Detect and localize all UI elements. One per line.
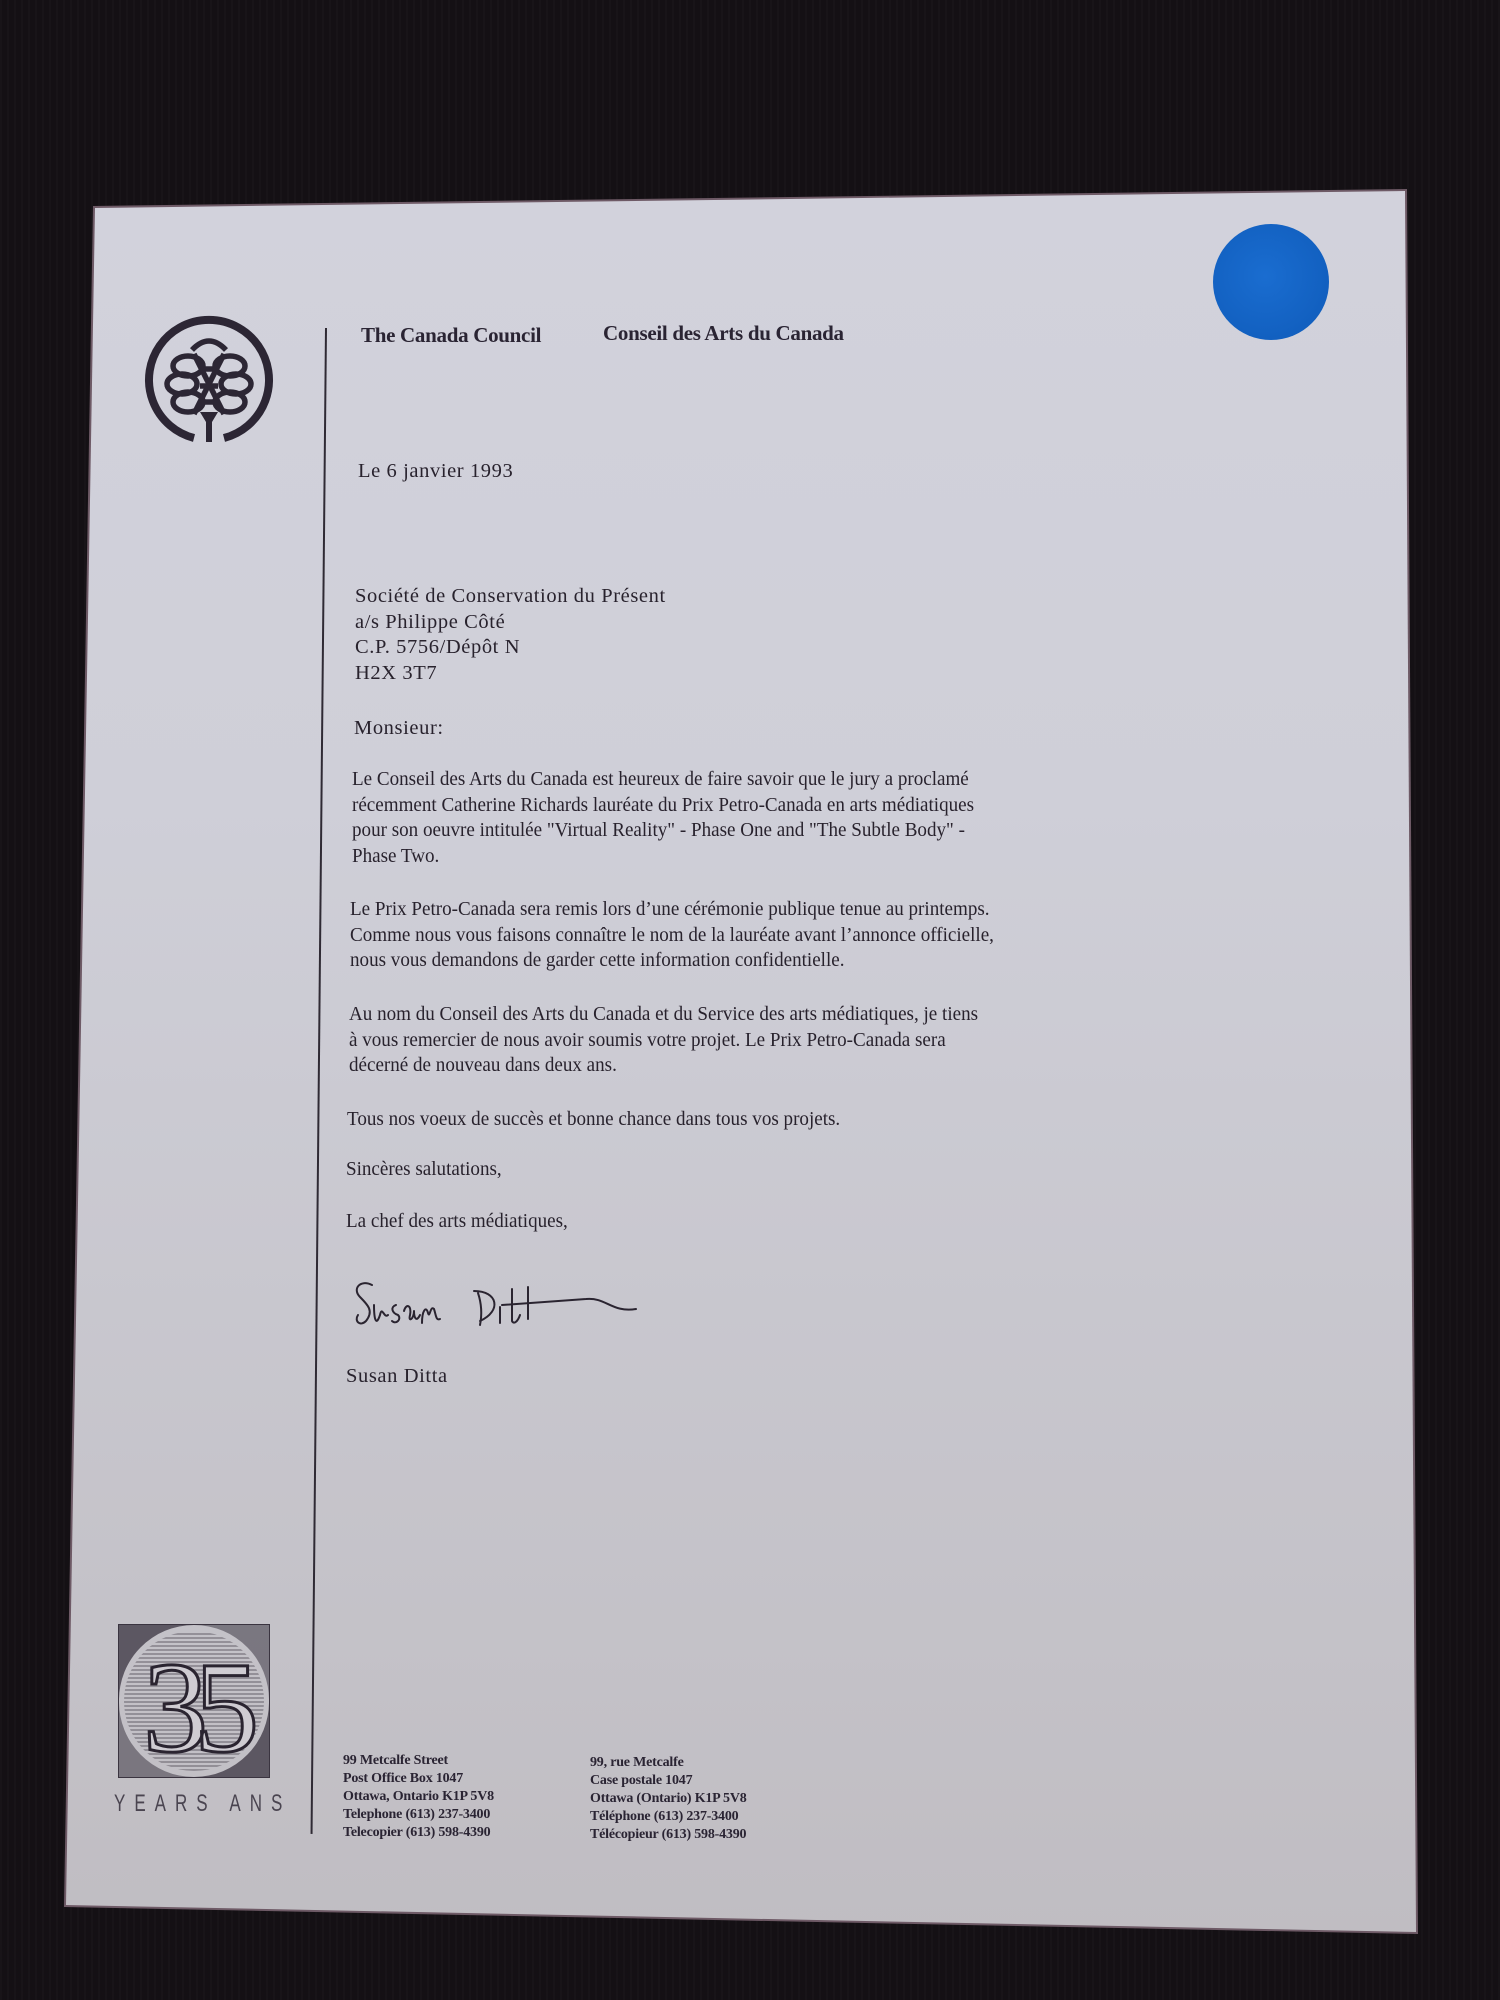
closing: Sincères salutations,	[346, 1157, 502, 1183]
paragraph-line: Phase Two.	[352, 844, 974, 870]
footer-line: Telecopier (613) 598-4390	[343, 1824, 494, 1842]
recipient-line: Société de Conservation du Présent	[355, 584, 666, 610]
footer-line: Télécopieur (613) 598-4390	[590, 1826, 747, 1844]
paragraph-line: Au nom du Conseil des Arts du Canada et …	[349, 1002, 978, 1028]
footer-line: Post Office Box 1047	[343, 1770, 494, 1788]
recipient-address: Société de Conservation du Présent a/s P…	[355, 584, 666, 686]
recipient-line: C.P. 5756/Dépôt N	[355, 635, 666, 661]
blue-dot-sticker-icon	[1213, 224, 1329, 340]
paragraph-line: pour son oeuvre intitulée "Virtual Reali…	[352, 818, 974, 844]
anniversary-caption: YEARS ANS	[114, 1790, 291, 1818]
salutation: Monsieur:	[354, 716, 444, 742]
recipient-line: a/s Philippe Côté	[355, 610, 666, 636]
paragraph-line: Le Conseil des Arts du Canada est heureu…	[352, 767, 974, 793]
letterhead-org-fr: Conseil des Arts du Canada	[603, 321, 844, 346]
paragraph-line: décerné de nouveau dans deux ans.	[349, 1053, 978, 1079]
handwritten-signature-icon	[350, 1275, 660, 1345]
recipient-line: H2X 3T7	[355, 661, 666, 687]
footer-address-en: 99 Metcalfe Street Post Office Box 1047 …	[343, 1752, 494, 1842]
signatory-title: La chef des arts médiatiques,	[346, 1209, 568, 1235]
footer-line: 99 Metcalfe Street	[343, 1752, 494, 1770]
paragraph-line: à vous remercier de nous avoir soumis vo…	[349, 1028, 978, 1054]
paragraph-line: nous vous demandons de garder cette info…	[350, 948, 994, 974]
paragraph-2: Le Prix Petro-Canada sera remis lors d’u…	[350, 897, 994, 974]
canada-council-tree-logo-icon	[142, 314, 276, 448]
35-years-anniversary-logo-icon: 35	[118, 1624, 270, 1778]
footer-address-fr: 99, rue Metcalfe Case postale 1047 Ottaw…	[590, 1754, 747, 1844]
paragraph-line: Tous nos voeux de succès et bonne chance…	[347, 1107, 840, 1133]
footer-line: 99, rue Metcalfe	[590, 1754, 747, 1772]
paragraph-4: Tous nos voeux de succès et bonne chance…	[347, 1107, 840, 1133]
letterhead-org-en: The Canada Council	[361, 323, 541, 348]
paragraph-line: Le Prix Petro-Canada sera remis lors d’u…	[350, 897, 994, 923]
paragraph-3: Au nom du Conseil des Arts du Canada et …	[349, 1002, 978, 1079]
footer-line: Ottawa, Ontario K1P 5V8	[343, 1788, 494, 1806]
footer-line: Téléphone (613) 237-3400	[590, 1808, 747, 1826]
footer-line: Case postale 1047	[590, 1772, 747, 1790]
signatory-name: Susan Ditta	[346, 1364, 448, 1390]
svg-text:35: 35	[143, 1636, 254, 1777]
paragraph-line: récemment Catherine Richards lauréate du…	[352, 793, 974, 819]
paragraph-line: Comme nous vous faisons connaître le nom…	[350, 923, 994, 949]
footer-line: Ottawa (Ontario) K1P 5V8	[590, 1790, 747, 1808]
paragraph-1: Le Conseil des Arts du Canada est heureu…	[352, 767, 974, 869]
letter-date: Le 6 janvier 1993	[358, 459, 513, 485]
footer-line: Telephone (613) 237-3400	[343, 1806, 494, 1824]
